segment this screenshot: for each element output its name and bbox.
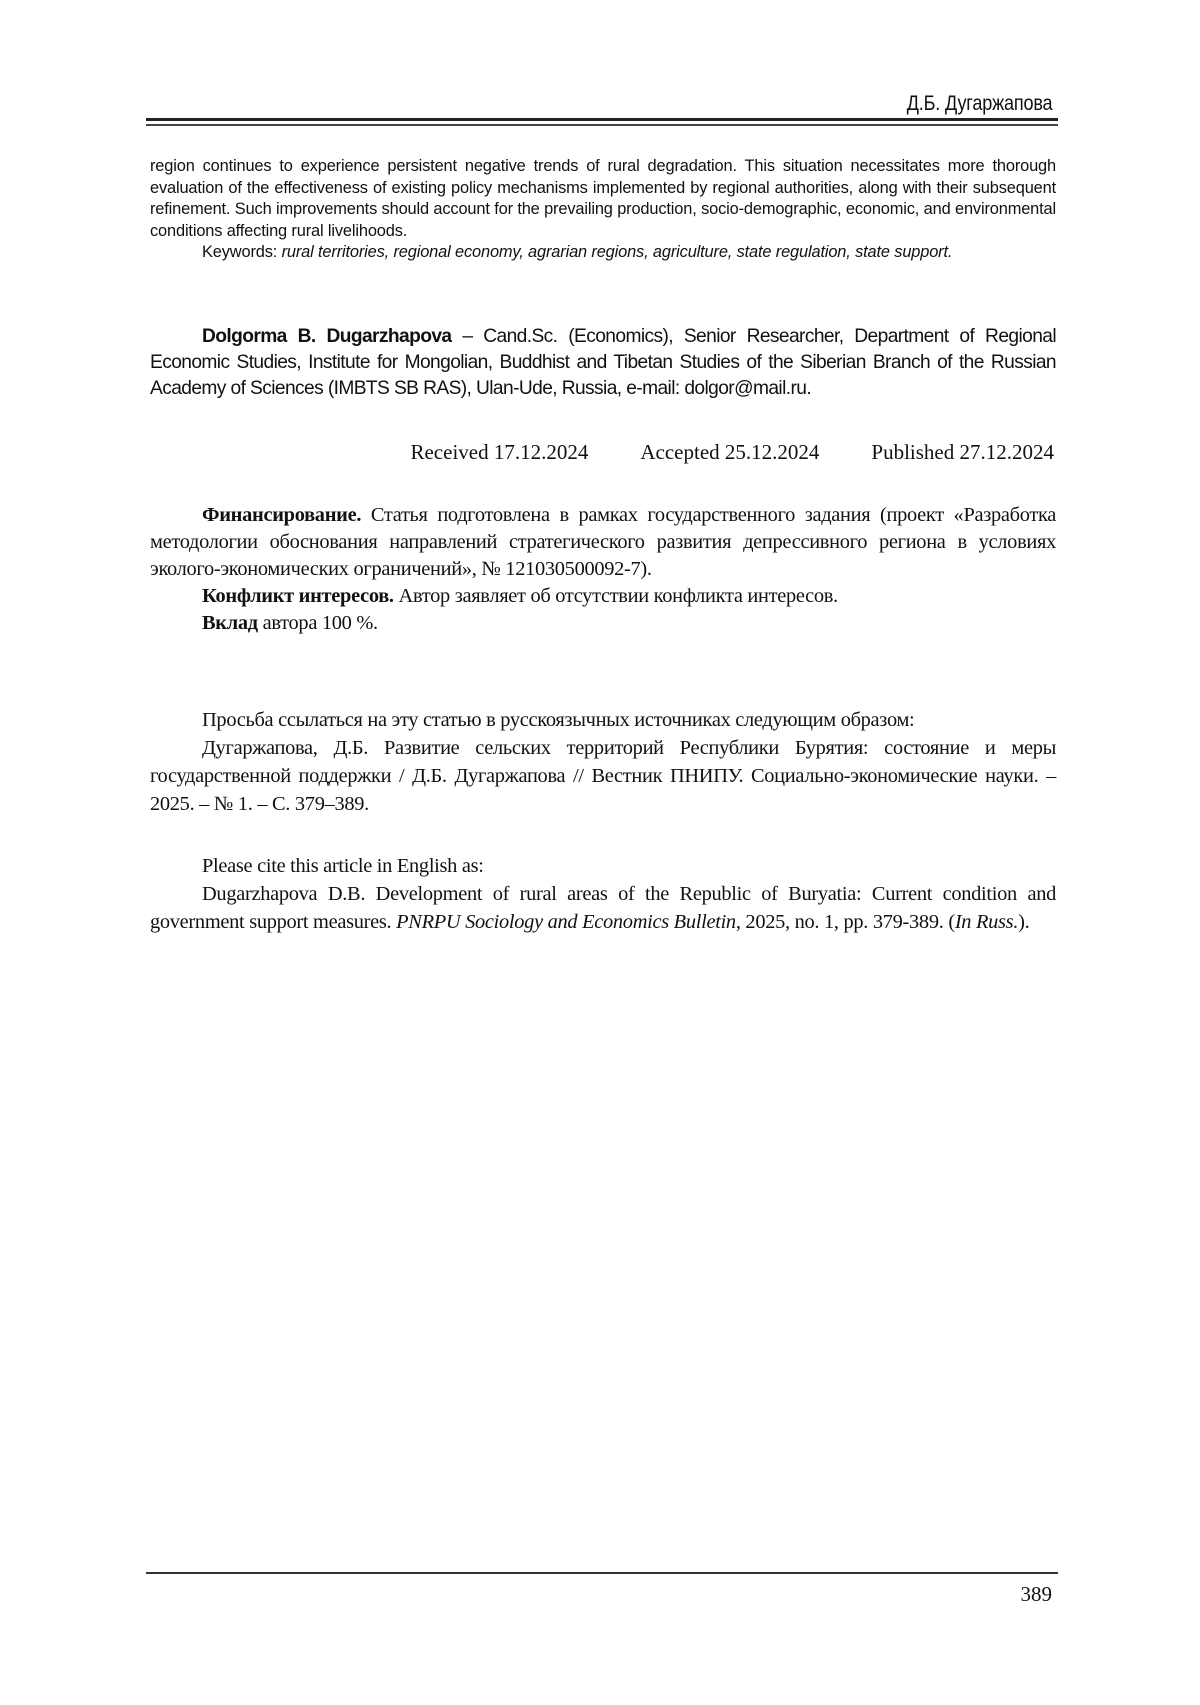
citation-ru-reference: Дугаржапова, Д.Б. Развитие сельских терр…: [150, 734, 1056, 818]
abstract-continuation: region continues to experience persisten…: [150, 156, 1056, 242]
running-header-author: Д.Б. Дугаржапова: [906, 92, 1052, 116]
author-info: Dolgorma B. Dugarzhapova – Cand.Sc. (Eco…: [150, 324, 1056, 402]
funding-section: Финансирование. Статья подготовлена в ра…: [150, 502, 1056, 637]
keywords-label: Keywords:: [202, 243, 282, 261]
page-number: 389: [1021, 1582, 1053, 1607]
citation-en-intro: Please cite this article in English as:: [150, 852, 1056, 880]
funding-label: Финансирование.: [202, 504, 361, 526]
conflict-paragraph: Конфликт интересов. Автор заявляет об от…: [150, 583, 1056, 610]
conflict-text: Автор заявляет об отсутствии конфликта и…: [394, 585, 838, 607]
citation-english: Please cite this article in English as: …: [150, 852, 1056, 936]
contribution-paragraph: Вклад автора 100 %.: [150, 610, 1056, 637]
author-name: Dolgorma B. Dugarzhapova: [202, 326, 451, 347]
citation-ru-intro: Просьба ссылаться на эту статью в русско…: [150, 706, 1056, 734]
date-published: Published 27.12.2024: [871, 440, 1054, 465]
contribution-text: автора 100 %.: [258, 612, 378, 634]
footer-rule: [146, 1572, 1058, 1574]
keywords-list: rural territories, regional economy, agr…: [282, 243, 953, 261]
article-dates: Received 17.12.2024 Accepted 25.12.2024 …: [410, 440, 1054, 465]
conflict-label: Конфликт интересов.: [202, 585, 394, 607]
contribution-label: Вклад: [202, 612, 258, 634]
citation-en-reference: Dugarzhapova D.B. Development of rural a…: [150, 880, 1056, 936]
date-received: Received 17.12.2024: [410, 440, 588, 465]
funding-paragraph: Финансирование. Статья подготовлена в ра…: [150, 502, 1056, 583]
citation-en-issue: , 2025, no. 1, pp. 379-389. (: [736, 911, 955, 933]
citation-russian: Просьба ссылаться на эту статью в русско…: [150, 706, 1056, 818]
abstract-section: region continues to experience persisten…: [150, 156, 1056, 264]
paper-page: Д.Б. Дугаржапова region continues to exp…: [0, 0, 1200, 1705]
header-rule: [146, 118, 1058, 121]
citation-en-lang: In Russ.: [955, 911, 1018, 933]
citation-en-end: ).: [1018, 911, 1029, 933]
date-accepted: Accepted 25.12.2024: [640, 440, 819, 465]
citation-en-journal: PNRPU Sociology and Economics Bulletin: [396, 911, 736, 933]
keywords-paragraph: Keywords: rural territories, regional ec…: [150, 242, 1056, 264]
